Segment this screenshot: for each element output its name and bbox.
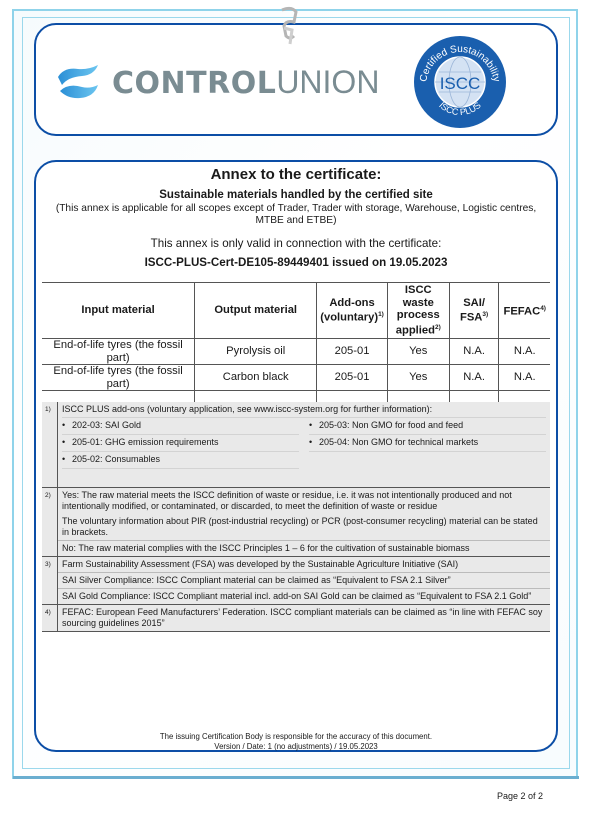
version-date: Version / Date: 1 (no adjustments) / 19.… (0, 742, 592, 752)
footnote-text: SAI Gold Compliance: ISCC Compliant mate… (58, 589, 551, 605)
addon-item: 205-04: Non GMO for technical markets (309, 435, 546, 452)
footnote-text: SAI Silver Compliance: ISCC Compliant ma… (58, 573, 551, 589)
cell-add-ons: 205-01 (317, 365, 388, 391)
scope-note: (This annex is applicable for all scopes… (50, 203, 542, 227)
document-footer: The issuing Certification Body is respon… (0, 732, 592, 752)
cell-output: Carbon black (195, 365, 317, 391)
col-add-ons: Add-ons (voluntary)1) (317, 283, 388, 339)
table-row: End-of-life tyres (the fossil part) Pyro… (42, 339, 550, 365)
addon-item-empty (309, 452, 546, 469)
footnote-2-yes: 2) Yes: The raw material meets the ISCC … (42, 488, 550, 515)
col-output-material: Output material (195, 283, 317, 339)
cell-sai: N.A. (449, 365, 499, 391)
annex-title: Annex to the certificate: (0, 166, 592, 183)
cell-waste: Yes (387, 339, 449, 365)
footnote-1-body: ISCC PLUS add-ons (voluntary application… (58, 402, 551, 488)
addon-item: 205-03: Non GMO for food and feed (309, 418, 546, 435)
footnotes-table: 1) ISCC PLUS add-ons (voluntary applicat… (42, 402, 550, 632)
cell-sai: N.A. (449, 339, 499, 365)
footnote-1-intro: ISCC PLUS add-ons (voluntary application… (62, 404, 546, 418)
col-sai-fsa: SAI/ FSA3) (449, 283, 499, 339)
frame-bottom-rule (13, 776, 579, 779)
addon-item: 205-01: GHG emission requirements (62, 435, 299, 452)
footnote-3-fsa: 3) Farm Sustainability Assessment (FSA) … (42, 557, 550, 573)
validity-note: This annex is only valid in connection w… (0, 237, 592, 250)
control-union-logo: CONTROLUNION (56, 64, 379, 101)
table-row: End-of-life tyres (the fossil part) Carb… (42, 365, 550, 391)
footnote-text: FEFAC: European Feed Manufacturers’ Fede… (58, 605, 551, 632)
cell-add-ons: 205-01 (317, 339, 388, 365)
svg-text:ISCC: ISCC (440, 74, 481, 93)
addon-item: 202-03: SAI Gold (62, 418, 299, 435)
paper-clip-icon (278, 6, 300, 48)
footnote-text: Farm Sustainability Assessment (FSA) was… (58, 557, 551, 573)
cell-input: End-of-life tyres (the fossil part) (42, 365, 195, 391)
iscc-seal-icon: ISCC Certified Sustainability ISCC PLUS (412, 34, 508, 130)
col-input-material: Input material (42, 283, 195, 339)
footnote-number: 3) (42, 557, 58, 605)
footnote-3-silver: SAI Silver Compliance: ISCC Compliant ma… (42, 573, 550, 589)
col-fefac: FEFAC4) (499, 283, 550, 339)
page-number: Page 2 of 2 (497, 791, 543, 801)
footnote-4: 4) FEFAC: European Feed Manufacturers’ F… (42, 605, 550, 632)
annex-subtitle: Sustainable materials handled by the cer… (0, 189, 592, 201)
footnote-text: Yes: The raw material meets the ISCC def… (62, 490, 546, 512)
cell-fefac: N.A. (499, 365, 550, 391)
footnote-text: The voluntary information about PIR (pos… (58, 514, 551, 541)
col-waste-process: ISCC waste process applied2) (387, 283, 449, 339)
certificate-reference: ISCC-PLUS-Cert-DE105-89449401 issued on … (0, 256, 592, 269)
footnote-text: No: The raw material complies with the I… (58, 541, 551, 557)
cell-fefac: N.A. (499, 339, 550, 365)
footnote-2-yes-text: Yes: The raw material meets the ISCC def… (58, 488, 551, 515)
materials-table: Input material Output material Add-ons (… (42, 282, 550, 409)
footnote-3-gold: SAI Gold Compliance: ISCC Compliant mate… (42, 589, 550, 605)
cell-waste: Yes (387, 365, 449, 391)
footnote-2-voluntary: The voluntary information about PIR (pos… (42, 514, 550, 541)
logo-wordmark: CONTROLUNION (112, 64, 379, 101)
spacer (62, 469, 546, 485)
cell-output: Pyrolysis oil (195, 339, 317, 365)
footnote-number: 4) (42, 605, 58, 632)
cell-input: End-of-life tyres (the fossil part) (42, 339, 195, 365)
addon-list: 202-03: SAI Gold 205-03: Non GMO for foo… (62, 418, 546, 469)
control-union-wave-icon (56, 65, 100, 101)
addon-item: 205-02: Consumables (62, 452, 299, 469)
table-header-row: Input material Output material Add-ons (… (42, 283, 550, 339)
footnote-number: 1) (42, 402, 58, 488)
footnote-2-no: No: The raw material complies with the I… (42, 541, 550, 557)
footnote-1: 1) ISCC PLUS add-ons (voluntary applicat… (42, 402, 550, 488)
responsibility-note: The issuing Certification Body is respon… (0, 732, 592, 742)
footnote-number: 2) (42, 488, 58, 557)
